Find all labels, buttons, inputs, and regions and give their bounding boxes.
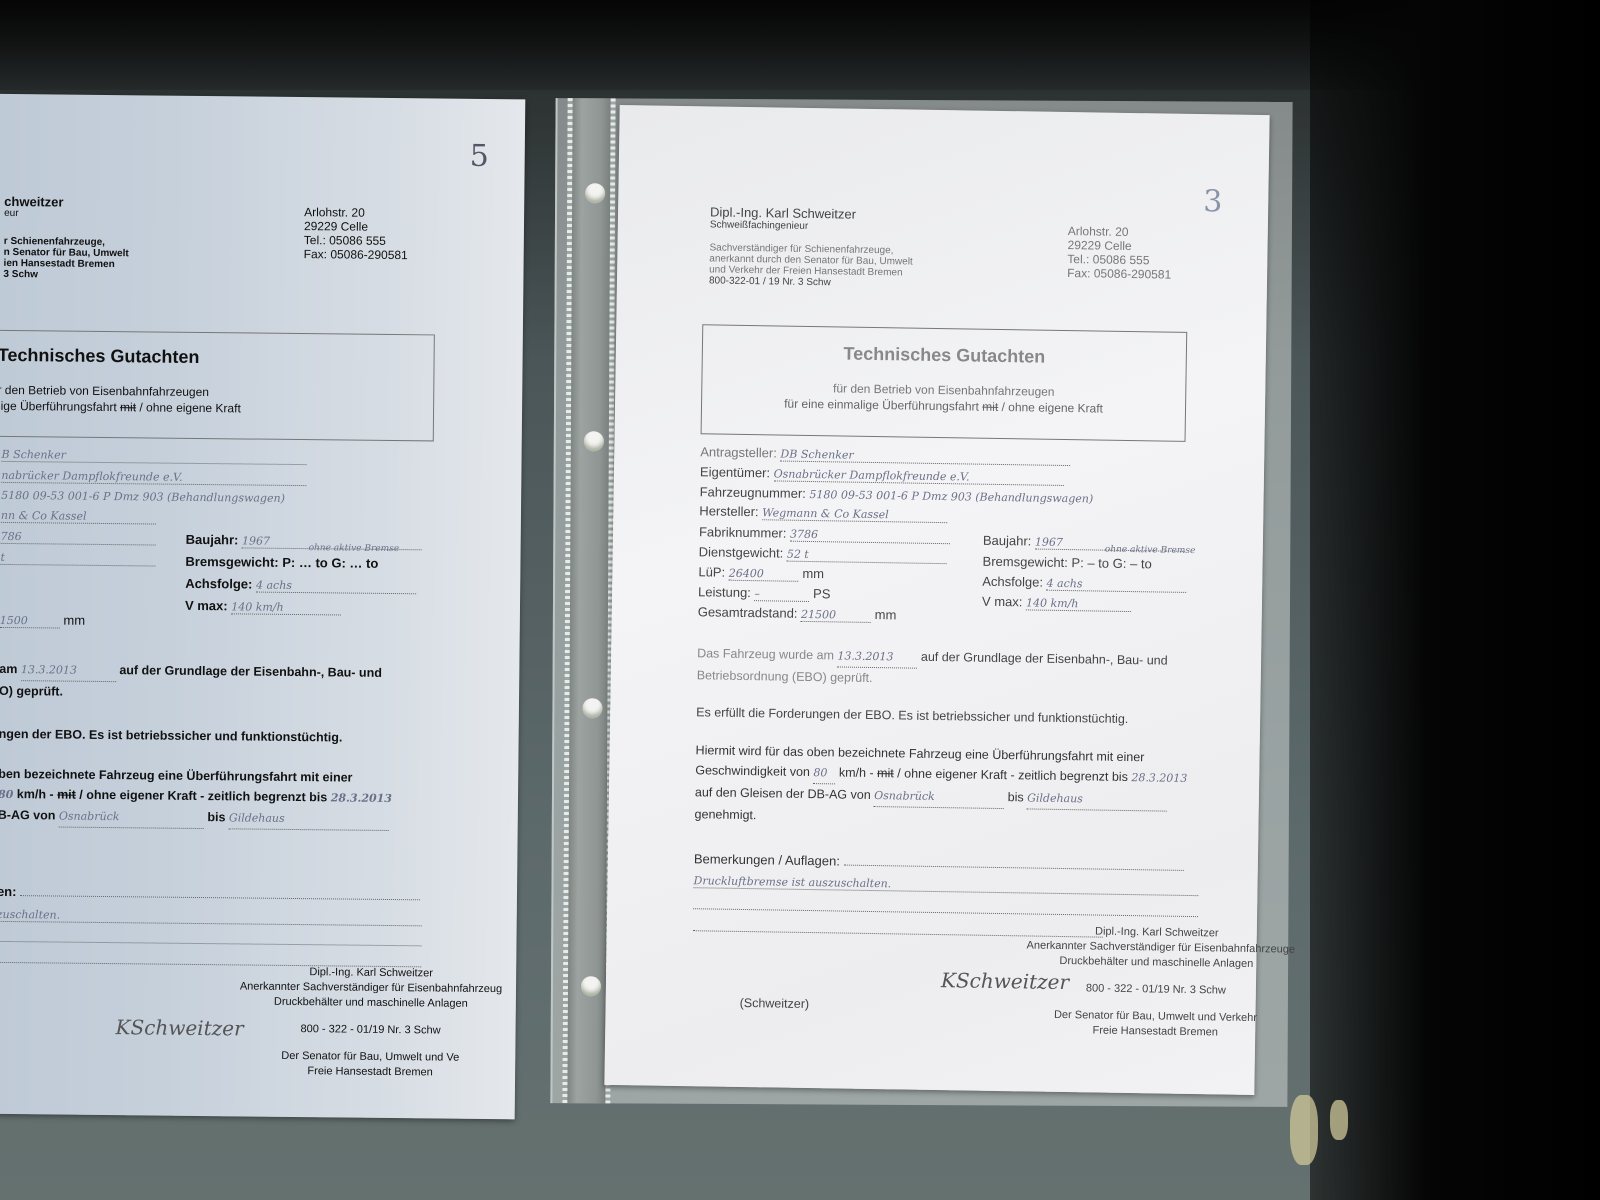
field-fahrzeugnummer: Fahrzeugnummer: 5180 09-53 001-6 P Dmz 9… [700,484,1094,505]
title-box: Technisches Gutachten für den Betrieb vo… [0,329,435,441]
title-box: Technisches Gutachten für den Betrieb vo… [701,324,1188,442]
field-bremsgewicht: Bremsgewicht: P: … to G: … to [185,554,378,571]
field-fabriknummer: Fabriknummer: 3786 [699,524,950,544]
field-dienstgewicht: t [0,549,155,567]
field-fahrzeugnummer: 5180 09-53 001-6 P Dmz 903 (Behandlungsw… [1,487,285,505]
inspection-text: am 13.3.2013 auf der Grundlage der Eisen… [0,659,382,705]
field-leistung: Leistung: – PS [698,584,831,602]
bremsgewicht-note: ohne aktive Bremse [1105,545,1196,556]
punch-hole [585,183,605,203]
field-fabriknummer: 786 [1,528,156,546]
field-dienstgewicht: Dienstgewicht: 52 t [699,544,947,564]
field-antragsteller: B Schenker [1,446,311,465]
field-lop: LüP: 26400 mm [698,564,824,582]
punch-hole [581,976,601,996]
doc-title: Technisches Gutachten [703,341,1186,370]
author-profession: Schweißfachingenieur [710,219,809,232]
field-eigentuemer: Eigentümer: Osnabrücker Dampflokfreunde … [700,464,1064,486]
paint-stain [1330,1100,1348,1140]
field-hersteller: nn & Co Kassel [1,507,156,525]
page-number: 5 [470,139,489,174]
field-hersteller: Hersteller: Wegmann & Co Kassel [699,503,947,523]
permit-text: Hiermit wird für das oben bezeichnete Fa… [694,740,1187,832]
author-profession: eur [4,208,19,219]
compliance-text: ngen der EBO. Es ist betriebssicher und … [0,724,343,748]
field-achsfolge: Achsfolge: 4 achs [185,576,416,594]
field-achsfolge: Achsfolge: 4 achs [982,574,1187,593]
field-gesamtradstand: Gesamtradstand: 21500 mm [698,604,897,623]
paint-stain [1290,1095,1318,1165]
address-block: Arlohstr. 20 29229 Celle Tel.: 05086 555… [304,205,409,262]
field-gesamtradstand: 1500 mm [0,612,85,629]
permit-text: ben bezeichnete Fahrzeug eine Überführun… [0,764,392,831]
expert-block: Dipl.-Ing. Karl Schweitzer Anerkannter S… [220,964,521,1081]
field-antragsteller: Antragsteller: DB Schenker [700,444,1070,466]
compliance-text: Es erfüllt die Forderungen der EBO. Es i… [696,702,1128,729]
accreditation: Sachverständiger für Schienenfahrzeuge, … [709,242,913,289]
address-block: Arlohstr. 20 29229 Celle Tel.: 05086 555… [1067,224,1172,282]
field-vmax: V max: 140 km/h [982,594,1131,612]
signature: KSchweitzer [115,1015,243,1040]
document-left: 5 chweitzer eur r Schienenfahrzeuge, n S… [0,93,525,1120]
accreditation: r Schienenfahrzeuge, n Senator für Bau, … [3,236,128,281]
remarks: Bemerkungen / Auflagen: [694,851,1184,874]
inspection-text: Das Fahrzeug wurde am 13.3.2013 auf der … [697,643,1168,692]
background-shadow-right [1310,0,1600,1200]
field-eigentuemer: nabrücker Dampflokfreunde e.V. [1,467,306,486]
remarks: en: [0,884,420,903]
punch-hole [584,431,604,451]
expert-block: Dipl.-Ing. Karl Schweitzer Anerkannter S… [1025,923,1287,1041]
doc-title: Technisches Gutachten [0,343,354,369]
field-vmax: V max: 140 km/h [185,598,341,616]
signature-name: (Schweitzer) [739,993,809,1014]
page-number: 3 [1203,184,1223,219]
field-bremsgewicht: Bremsgewicht: P: – to G: – to [982,554,1151,572]
punch-hole [582,698,602,718]
document-right: 3 Dipl.-Ing. Karl Schweitzer Schweißfach… [604,105,1269,1095]
